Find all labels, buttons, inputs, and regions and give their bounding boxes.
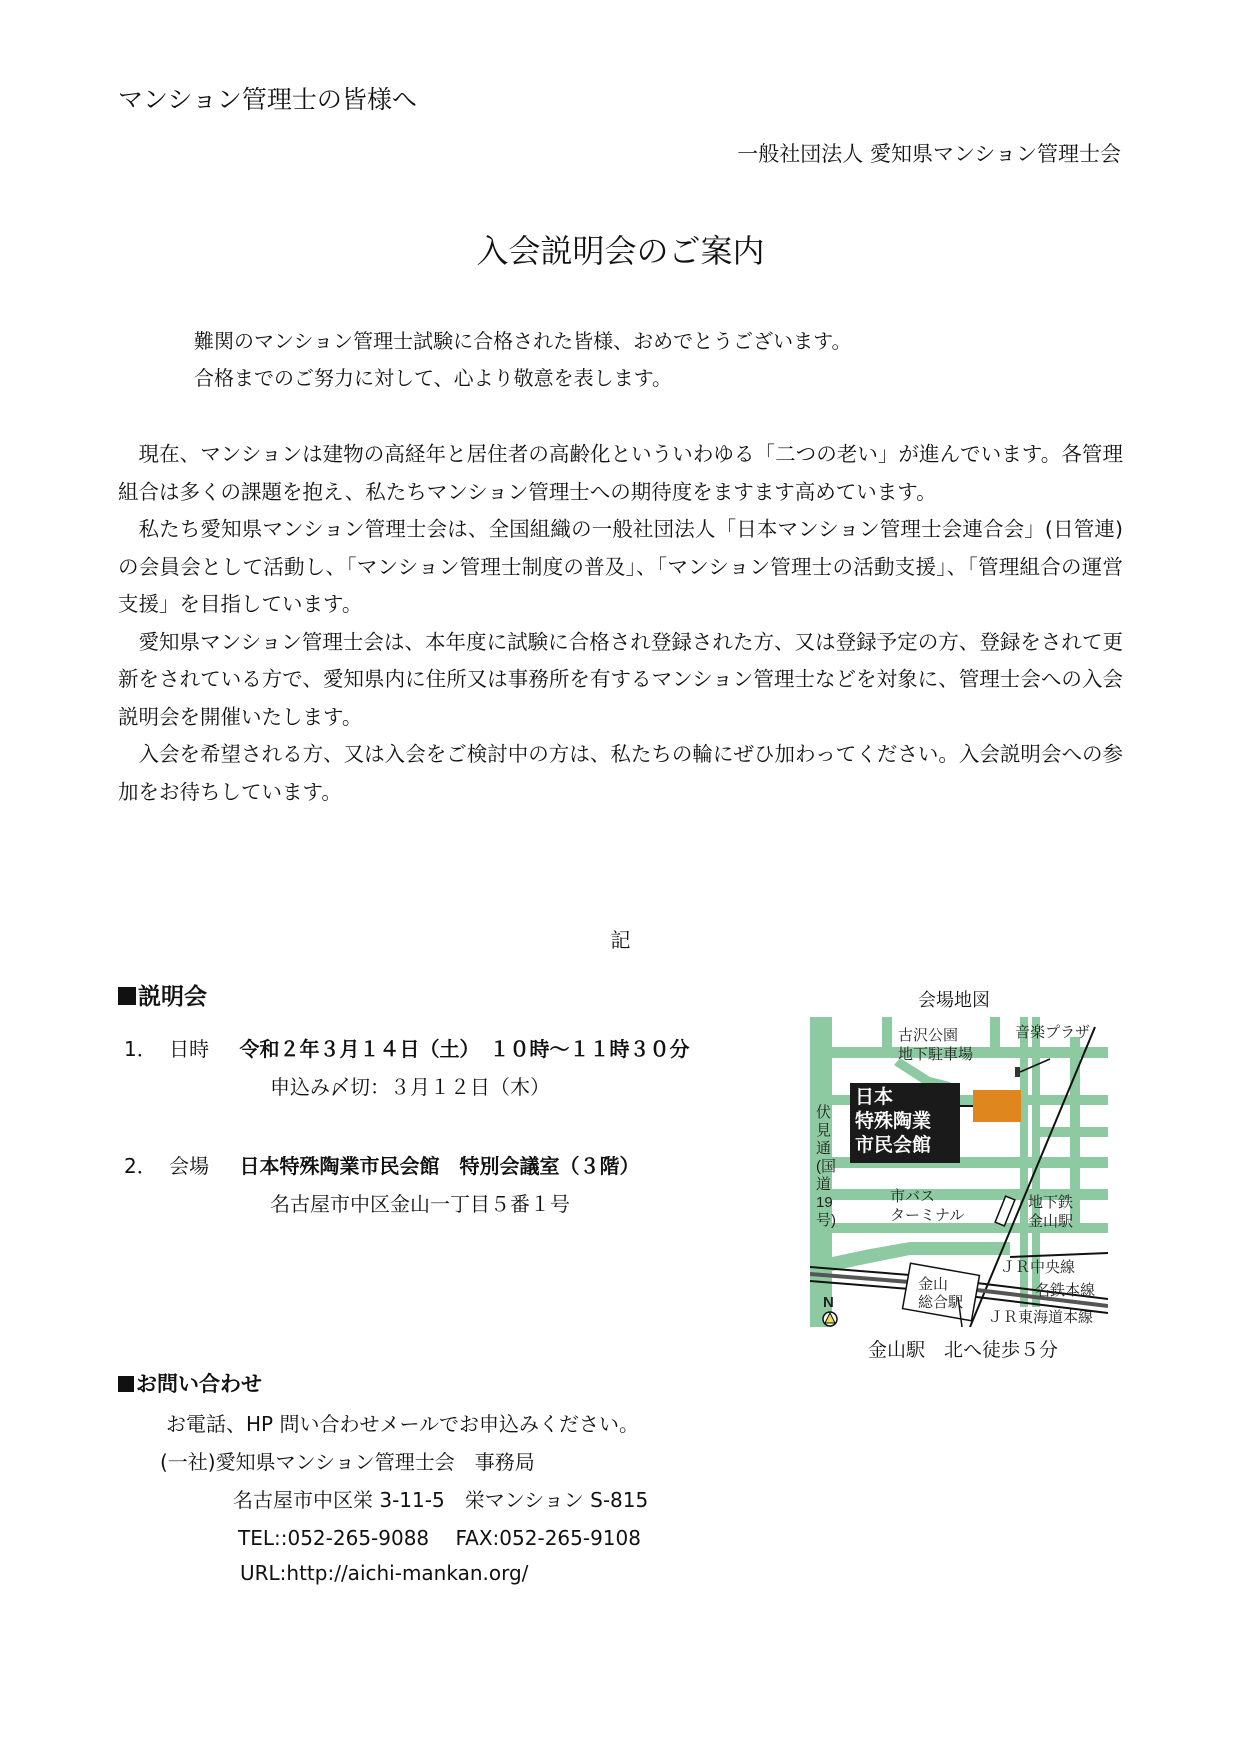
square-bullet-icon [118,987,136,1005]
svg-text:ＪＲ中央線: ＪＲ中央線 [1000,1259,1075,1276]
svg-text:地下駐車場: 地下駐車場 [898,1045,973,1063]
svg-text:音楽プラザ: 音楽プラザ [1015,1024,1090,1041]
square-bullet-icon [118,1376,134,1392]
contact-heading-label: お問い合わせ [136,1372,262,1396]
body-paragraph: 私たち愛知県マンション管理士会は、全国組織の一般社団法人「日本マンション管理士会… [118,511,1123,624]
ki-marker: 記 [0,924,1241,953]
item-label: 会場 [169,1154,209,1178]
session-heading: 説明会 [118,978,207,1011]
body-paragraph: 現在、マンションは建物の高経年と居住者の高齢化といういわゆる「二つの老い」が進ん… [118,436,1123,511]
venue-map: 日本 特殊陶業 市民会館 古沢公園 地下駐車場 音楽プラザ 市バス ターミナル … [810,1017,1108,1327]
svg-text:市バス: 市バス [890,1188,935,1205]
svg-text:N: N [823,1294,834,1311]
map-venue-label-1: 日本 [855,1085,893,1108]
venue-value: 日本特殊陶業市民会館 特別会議室（３階） [239,1154,639,1178]
svg-text:号): 号) [816,1212,836,1229]
svg-text:総合駅: 総合駅 [918,1294,963,1311]
session-item-venue: 2． 会場 日本特殊陶業市民会館 特別会議室（３階） [124,1150,639,1179]
map-graphic: 日本 特殊陶業 市民会館 古沢公園 地下駐車場 音楽プラザ 市バス ターミナル … [810,1017,1108,1327]
body-text: 現在、マンションは建物の高経年と居住者の高齢化といういわゆる「二つの老い」が進ん… [118,436,1123,811]
sender-organization: 一般社団法人 愛知県マンション管理士会 [737,138,1121,168]
contact-instruction: お電話、HP 問い合わせメールでお申込みください。 [166,1408,639,1437]
item-label: 日時 [169,1037,209,1061]
svg-text:19: 19 [816,1194,833,1211]
body-paragraph: 入会を希望される方、又は入会をご検討中の方は、私たちの輪にぜひ加わってください。… [118,736,1123,811]
svg-text:市民会館: 市民会館 [855,1133,931,1156]
contact-url-link[interactable]: URL:http://aichi-mankan.org/ [240,1561,528,1585]
addressee: マンション管理士の皆様へ [118,80,417,116]
item-number: 1． [124,1037,157,1061]
document-title: 入会説明会のご案内 [0,226,1241,272]
svg-text:名鉄本線: 名鉄本線 [1035,1282,1095,1299]
contact-phone-fax: TEL::052-265-9088 FAX:052-265-9108 [238,1522,641,1551]
greeting-line-1: 難関のマンション管理士試験に合格された皆様、おめでとうございます。 [194,325,852,354]
contact-heading: お問い合わせ [118,1368,262,1398]
svg-text:特殊陶業: 特殊陶業 [855,1109,931,1132]
svg-text:伏: 伏 [816,1104,831,1121]
datetime-value: 令和２年３月１４日（土） １０時～１１時３０分 [239,1037,689,1061]
application-deadline: 申込み〆切：３月１２日（木） [270,1071,550,1100]
session-item-datetime: 1． 日時 令和２年３月１４日（土） １０時～１１時３０分 [124,1033,689,1062]
map-caption: 金山駅 北へ徒歩５分 [868,1335,1058,1362]
item-number: 2． [124,1154,157,1178]
svg-text:ターミナル: ターミナル [890,1207,964,1224]
svg-text:金山: 金山 [918,1276,948,1293]
svg-text:道: 道 [816,1176,831,1193]
svg-text:古沢公園: 古沢公園 [898,1027,958,1044]
svg-text:ＪＲ東海道本線: ＪＲ東海道本線 [988,1309,1093,1326]
contact-address: 名古屋市中区栄 3-11-5 栄マンション S-815 [233,1484,648,1513]
greeting-line-2: 合格までのご努力に対して、心より敬意を表します。 [194,362,672,391]
session-heading-label: 説明会 [138,984,207,1010]
svg-text:金山駅: 金山駅 [1028,1213,1073,1230]
map-title: 会場地図 [918,986,990,1012]
svg-text:地下鉄: 地下鉄 [1028,1193,1073,1211]
contact-office: (一社)愛知県マンション管理士会 事務局 [160,1446,535,1475]
svg-text:(国: (国 [816,1158,836,1175]
svg-text:見: 見 [816,1122,831,1139]
body-paragraph: 愛知県マンション管理士会は、本年度に試験に合格され登録された方、又は登録予定の方… [118,624,1123,737]
venue-address: 名古屋市中区金山一丁目５番１号 [270,1188,570,1217]
svg-text:通: 通 [816,1140,831,1157]
